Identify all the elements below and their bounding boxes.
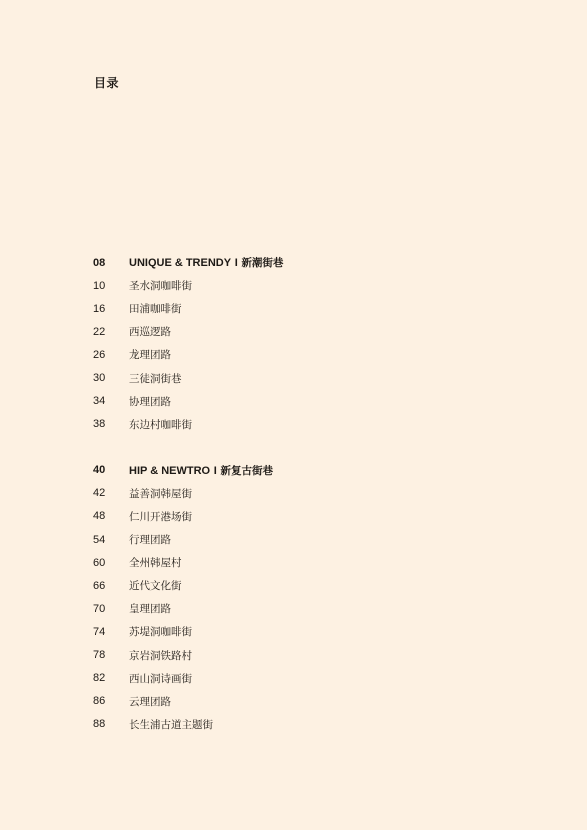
toc-item[interactable]: 66近代文化街	[93, 574, 493, 597]
item-title: 云理团路	[129, 694, 171, 709]
page-title: 目录	[94, 74, 119, 91]
toc-item[interactable]: 38东边村咖啡街	[93, 413, 493, 436]
item-title: 仁川开港场街	[129, 509, 192, 524]
toc-item[interactable]: 48仁川开港场街	[93, 505, 493, 528]
item-title: 龙理团路	[129, 347, 171, 362]
toc-section-heading[interactable]: 08 UNIQUE & TRENDY I 新潮街巷	[93, 251, 493, 274]
item-title: 苏堤洞咖啡街	[129, 624, 192, 639]
toc-item[interactable]: 34协理团路	[93, 390, 493, 413]
section-title: UNIQUE & TRENDY I 新潮街巷	[129, 255, 283, 270]
separator: I	[214, 465, 217, 477]
page-number: 42	[93, 487, 129, 499]
item-title: 皇理团路	[129, 601, 171, 616]
toc-item[interactable]: 60全州韩屋村	[93, 551, 493, 574]
item-title: 益善洞韩屋街	[129, 486, 192, 501]
page-number: 66	[93, 580, 129, 592]
toc-section-unique-trendy: 08 UNIQUE & TRENDY I 新潮街巷 10圣水洞咖啡街 16田浦咖…	[93, 251, 493, 436]
item-title: 近代文化街	[129, 578, 182, 593]
table-of-contents: 08 UNIQUE & TRENDY I 新潮街巷 10圣水洞咖啡街 16田浦咖…	[93, 251, 493, 759]
toc-item[interactable]: 54行理团路	[93, 528, 493, 551]
page-number: 26	[93, 349, 129, 361]
item-title: 协理团路	[129, 394, 171, 409]
toc-item[interactable]: 22西巡逻路	[93, 320, 493, 343]
page-number: 38	[93, 418, 129, 430]
section-title: HIP & NEWTRO I 新复古街巷	[129, 463, 273, 478]
toc-item[interactable]: 88长生浦古道主题街	[93, 713, 493, 736]
page-number: 78	[93, 649, 129, 661]
page-number: 74	[93, 626, 129, 638]
toc-item[interactable]: 30三徒洞街巷	[93, 366, 493, 389]
page-number: 16	[93, 303, 129, 315]
page-number: 60	[93, 557, 129, 569]
page-number: 54	[93, 534, 129, 546]
page-number: 48	[93, 510, 129, 522]
item-title: 长生浦古道主题街	[129, 717, 213, 732]
toc-section-heading[interactable]: 40 HIP & NEWTRO I 新复古街巷	[93, 459, 493, 482]
item-title: 西巡逻路	[129, 324, 171, 339]
item-title: 圣水洞咖啡街	[129, 278, 192, 293]
page-number: 30	[93, 372, 129, 384]
page-number: 40	[93, 464, 129, 476]
page-number: 34	[93, 395, 129, 407]
page-number: 08	[93, 257, 129, 269]
item-title: 东边村咖啡街	[129, 417, 192, 432]
toc-item[interactable]: 42益善洞韩屋街	[93, 482, 493, 505]
item-title: 田浦咖啡街	[129, 301, 182, 316]
toc-item[interactable]: 10圣水洞咖啡街	[93, 274, 493, 297]
toc-item[interactable]: 82西山洞诗画街	[93, 667, 493, 690]
page-number: 22	[93, 326, 129, 338]
toc-item[interactable]: 74苏堤洞咖啡街	[93, 620, 493, 643]
item-title: 西山洞诗画街	[129, 671, 192, 686]
page-number: 86	[93, 695, 129, 707]
page-number: 70	[93, 603, 129, 615]
item-title: 三徒洞街巷	[129, 371, 182, 386]
toc-item[interactable]: 78京岩洞铁路村	[93, 644, 493, 667]
page-number: 88	[93, 718, 129, 730]
page-number: 82	[93, 672, 129, 684]
toc-section-hip-newtro: 40 HIP & NEWTRO I 新复古街巷 42益善洞韩屋街 48仁川开港场…	[93, 459, 493, 736]
separator: I	[235, 257, 238, 269]
item-title: 京岩洞铁路村	[129, 648, 192, 663]
toc-item[interactable]: 26龙理团路	[93, 343, 493, 366]
page-number: 10	[93, 280, 129, 292]
toc-item[interactable]: 86云理团路	[93, 690, 493, 713]
toc-item[interactable]: 70皇理团路	[93, 597, 493, 620]
toc-item[interactable]: 16田浦咖啡街	[93, 297, 493, 320]
item-title: 全州韩屋村	[129, 555, 182, 570]
item-title: 行理团路	[129, 532, 171, 547]
